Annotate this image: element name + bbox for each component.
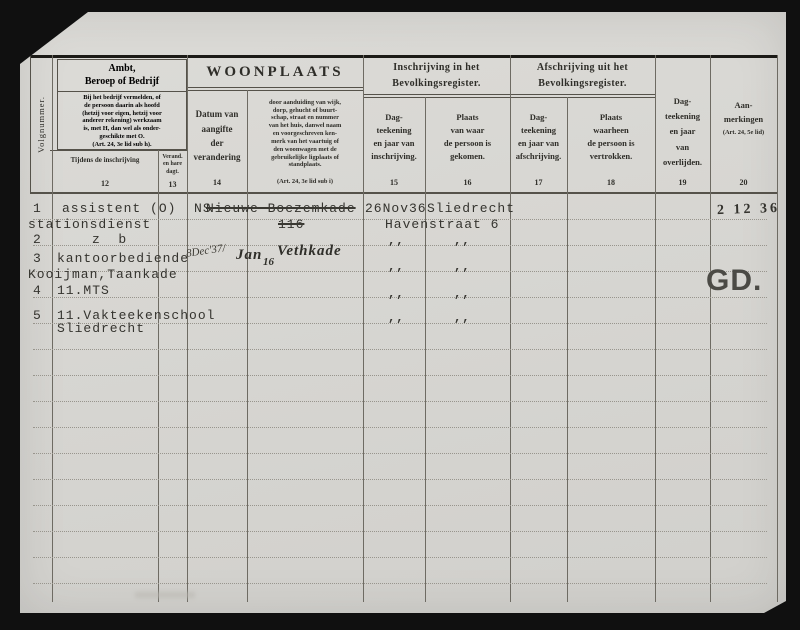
old-address-line1-struck: Nieuwe Boezemkade: [206, 202, 356, 215]
afschrijving-rule-2: [510, 97, 655, 98]
ambt-note: Bij het bedrijf vermelden, of de persoon…: [58, 92, 186, 151]
col-rule-14-address: [247, 90, 248, 602]
ambt-title: Ambt, Beroep of Bedrijf: [58, 60, 186, 92]
ditto-mark: ,,: [388, 312, 404, 324]
photo-backdrop: { "palette": { "backdrop": "#101010", "c…: [0, 0, 800, 630]
col-rule-12-13: [158, 150, 159, 602]
address-art-ref: (Art. 24, 3e lid sub i): [249, 177, 361, 187]
new-address-month: Jan: [236, 247, 262, 264]
ditto-mark: ,,: [388, 288, 404, 300]
col12-label: Tijdens de inschrijving: [71, 156, 140, 165]
column-14-header: Datum van aangifte der verandering: [188, 94, 246, 178]
col17-number: 17: [510, 178, 567, 188]
column-20-header: Aan- merkingen (Art. 24, 5e lid): [710, 98, 777, 138]
woonplaats-rule-1: [187, 87, 363, 88]
row-line: [33, 401, 767, 402]
woonplaats-group-header: WOONPLAATS: [187, 58, 363, 86]
table-top-rule: [30, 55, 777, 58]
woonplaats-rule-2: [187, 90, 363, 91]
column-15-header: Dag- teekening en jaar van inschrijving.: [363, 107, 425, 167]
row3-occupation-line2: Kooijman,Taankade: [28, 268, 178, 281]
inschrijving-place-line2: Havenstraat 6: [385, 218, 499, 231]
row5-occupation-line2: Sliedrecht: [57, 322, 145, 335]
col18-number: 18: [567, 178, 655, 188]
col-rule-right: [777, 55, 778, 602]
remark-code-handwritten: GD.: [706, 266, 762, 296]
remark-date-handwritten: 2 12 36: [717, 201, 781, 219]
address-note: door aanduiding van wijk, dorp, gehucht …: [249, 93, 361, 175]
woonplaats-title: WOONPLAATS: [206, 65, 343, 80]
inschrijving-rule-1: [363, 94, 510, 95]
paper-smudge: [135, 592, 195, 598]
old-address-line2-struck: 116: [264, 218, 318, 231]
col12-number: 12: [101, 180, 109, 188]
col-rule-volgnummer: [52, 55, 53, 602]
row-line: [33, 557, 767, 558]
row5-volgnummer: 5: [33, 309, 42, 322]
inschrijving-group-header: Inschrijving in het Bevolkingsregister.: [363, 60, 510, 92]
row4-occupation: 11.MTS: [57, 284, 110, 297]
col15-number: 15: [363, 178, 425, 188]
column-18-header: Plaats waarheen de persoon is vertrokken…: [567, 107, 655, 167]
aanmerkingen-art-ref: (Art. 24, 5e lid): [723, 129, 764, 137]
column-13-header: Verand. en hare dagt. 13: [158, 152, 187, 191]
row4-volgnummer: 4: [33, 284, 42, 297]
row-line: [33, 505, 767, 506]
row-line: [33, 583, 767, 584]
row1-occupation-line1: assistent (O) NS: [62, 202, 212, 215]
row-line: [33, 349, 767, 350]
col13-number: 13: [169, 181, 177, 189]
column-ambt-header: Ambt, Beroep of Bedrijf Bij het bedrijf …: [57, 59, 187, 150]
col19-number: 19: [655, 178, 710, 188]
inschrijving-rule-2: [363, 97, 510, 98]
volgnummer-label: Volgnummer.: [36, 96, 46, 153]
col14-number: 14: [187, 178, 247, 188]
row-line: [33, 375, 767, 376]
row2-occupation: z b: [92, 233, 127, 246]
row-line: [33, 427, 767, 428]
ditto-mark: ,,: [388, 235, 404, 247]
column-volgnummer-header: Volgnummer.: [30, 57, 51, 191]
ditto-mark: ,,: [454, 312, 470, 324]
afschrijving-group-header: Afschrijving uit het Bevolkingsregister.: [510, 60, 655, 92]
row1-occupation-line2: stationsdienst: [28, 218, 151, 231]
header-bottom-rule: [30, 192, 777, 194]
new-address-street: Vethkade: [277, 243, 342, 260]
ditto-mark: ,,: [454, 261, 470, 273]
column-16-header: Plaats van waar de persoon is gekomen.: [425, 107, 510, 167]
column-19-header: Dag- teekening en jaar van overlijden.: [655, 87, 710, 177]
ditto-mark: ,,: [454, 288, 470, 300]
col13-label: Verand. en hare dagt.: [162, 154, 182, 176]
col20-number: 20: [710, 178, 777, 188]
row-line: [33, 479, 767, 480]
column-17-header: Dag- teekening en jaar van afschrijving.: [510, 107, 567, 167]
register-card: Volgnummer. Ambt, Beroep of Bedrijf Bij …: [20, 12, 786, 613]
row-line: [33, 453, 767, 454]
ditto-mark: ,,: [388, 261, 404, 273]
row1-volgnummer: 1: [33, 202, 42, 215]
new-address-number: 16: [263, 256, 274, 268]
row3-occupation-line1: kantoorbediende: [57, 252, 189, 265]
inschrijving-date: 26Nov36: [365, 202, 427, 215]
col16-number: 16: [425, 178, 510, 188]
row2-volgnummer: 2: [33, 233, 42, 246]
ditto-mark: ,,: [454, 235, 470, 247]
afschrijving-rule-1: [510, 94, 655, 95]
inschrijving-place-line1: Sliedrecht: [427, 202, 515, 215]
row3-volgnummer: 3: [33, 252, 42, 265]
aanmerkingen-label: Aan- merkingen: [724, 99, 763, 125]
column-12-header: Tijdens de inschrijving 12: [52, 153, 158, 191]
row-line: [33, 531, 767, 532]
